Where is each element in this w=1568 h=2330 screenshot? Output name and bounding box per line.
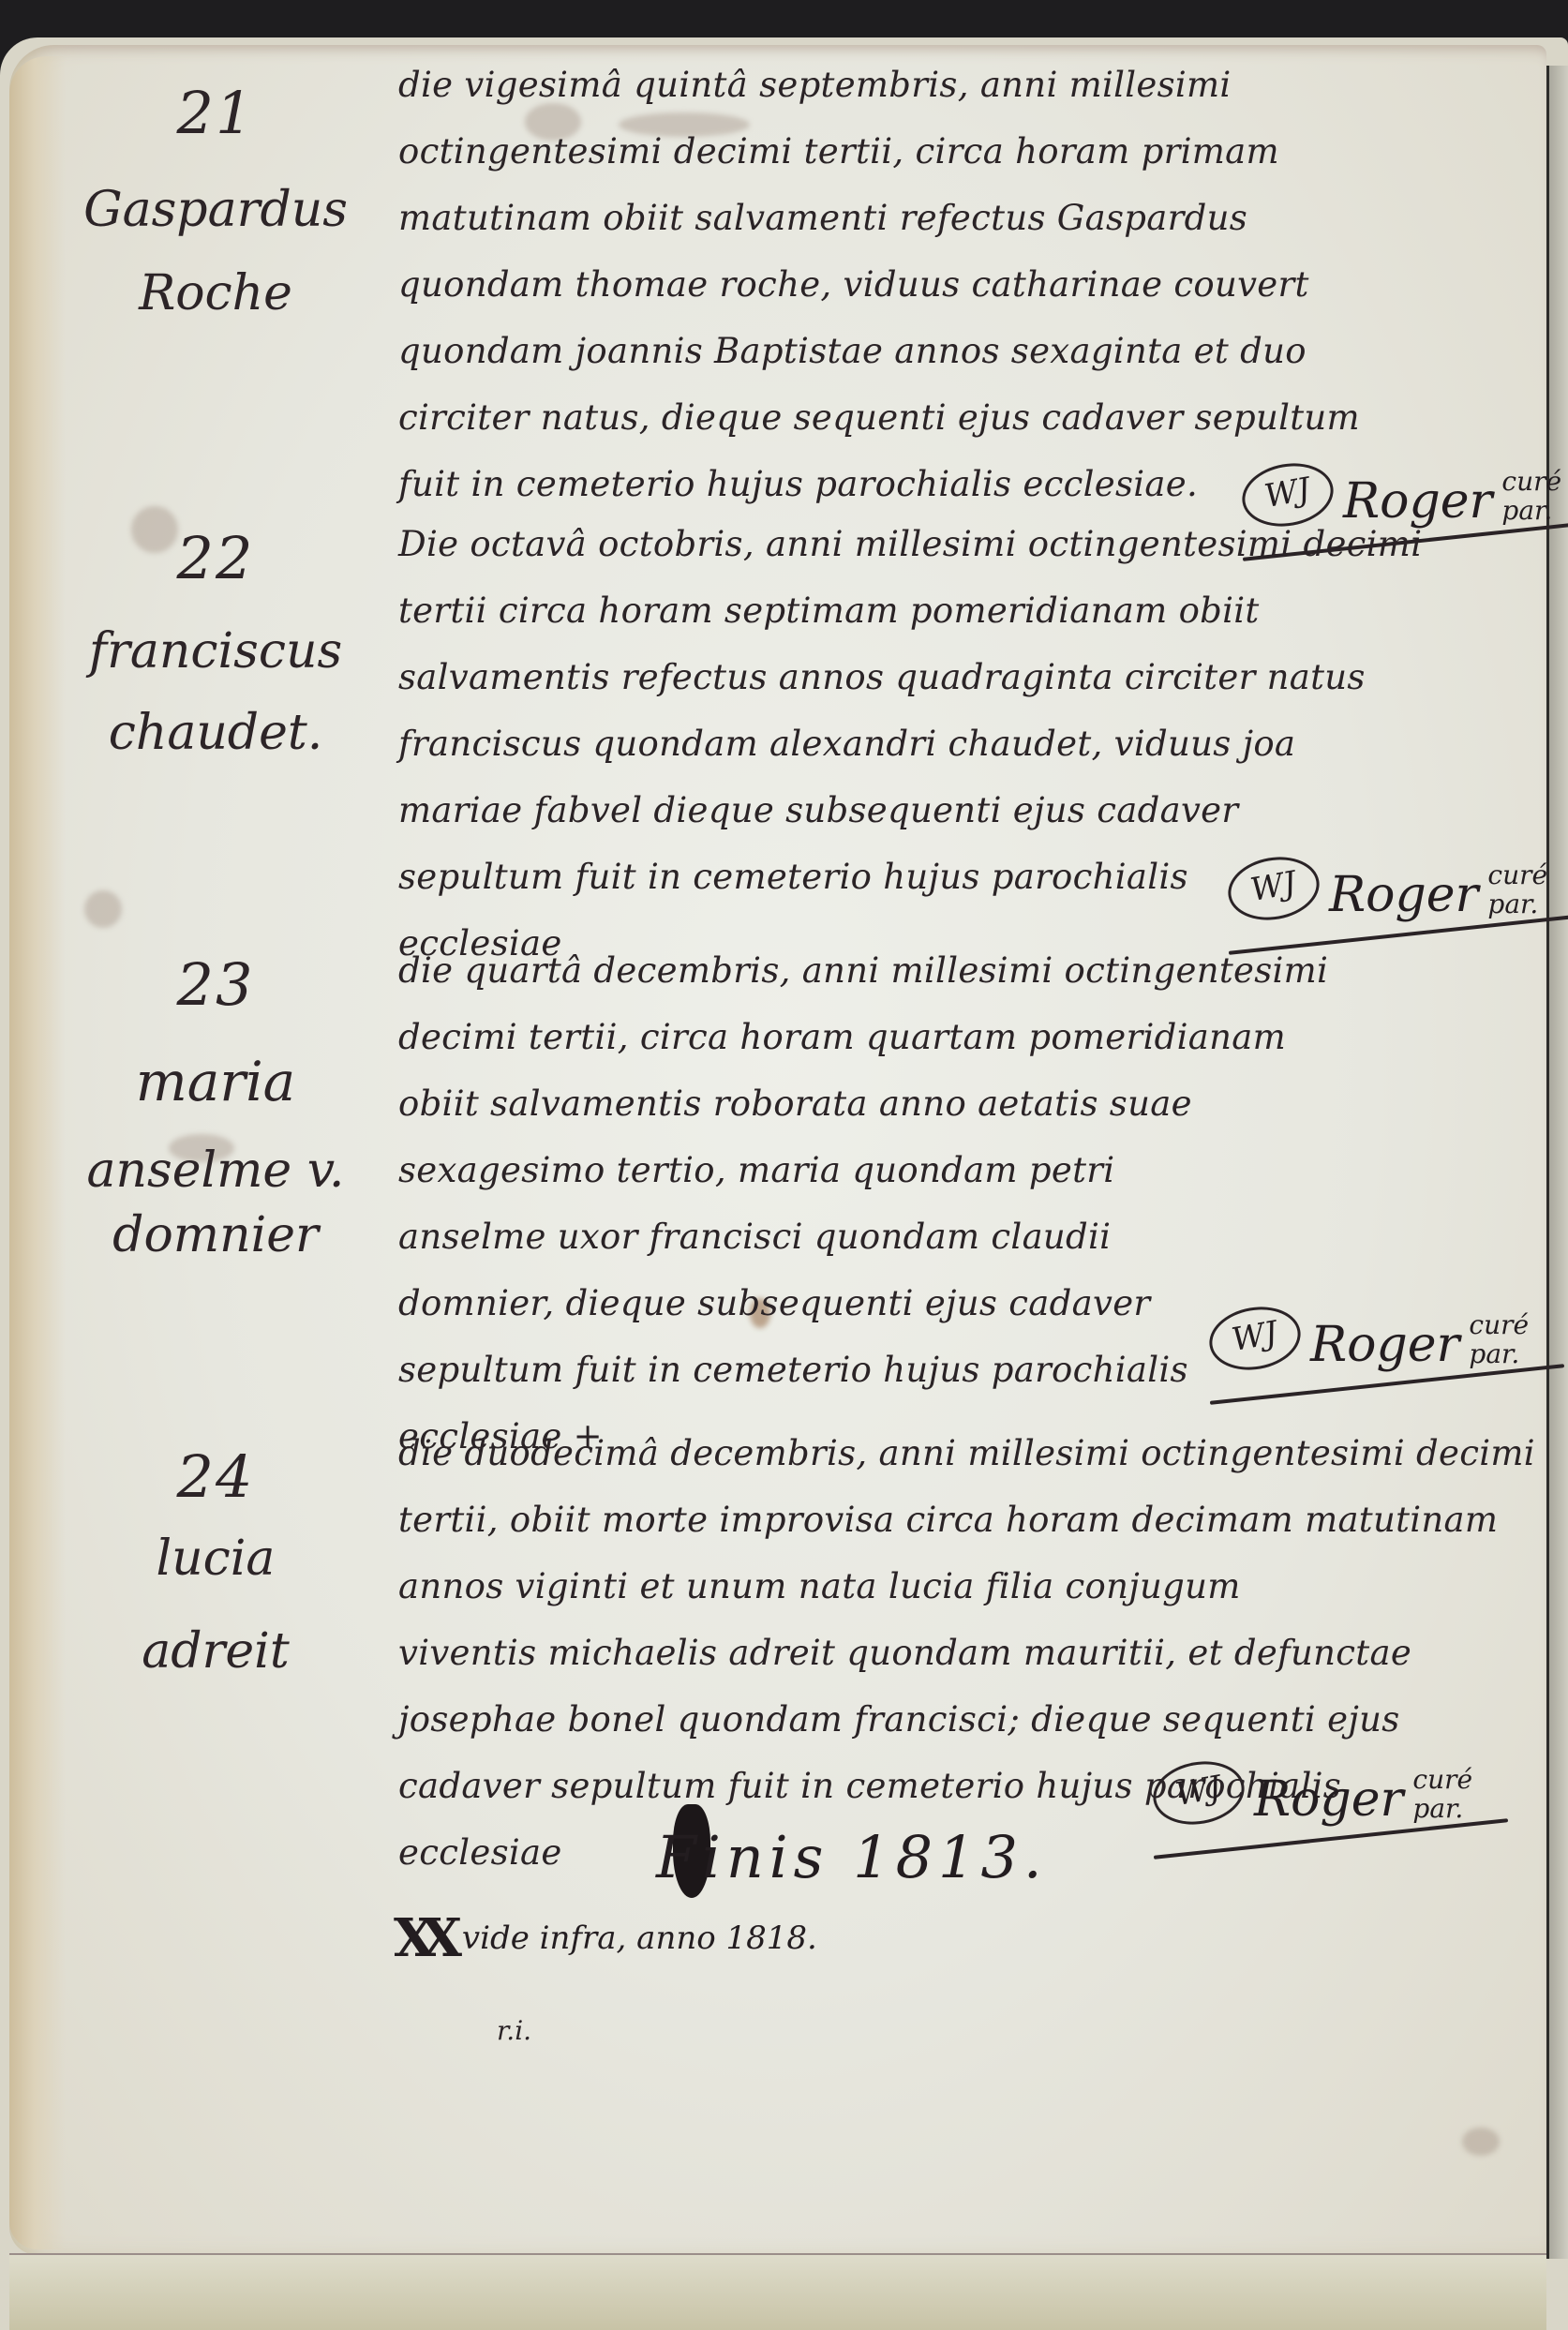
entry-line: tertii circa horam septimam pomeridianam… (398, 577, 1551, 644)
entry-number: 24 (52, 1448, 380, 1506)
cross-reference-note: XX vide infra, anno 1818. (394, 1907, 817, 1969)
deceased-given-name: franciscus (52, 621, 380, 682)
stain-mark (1462, 2128, 1500, 2156)
signature-title: curé par. (1469, 1311, 1529, 1369)
entry-line: anselme uxor francisci quondam claudii (398, 1203, 1551, 1270)
entry-line: octingentesimi decimi tertii, circa hora… (398, 118, 1551, 185)
entry-line: obiit salvamentis roborata anno aetatis … (398, 1070, 1551, 1137)
entry-margin: 21 Gaspardus Roche (52, 84, 380, 324)
priest-signature: WJ Roger curé par. (1209, 1307, 1529, 1369)
deceased-surname: anselme v. (52, 1141, 380, 1202)
entry-line: die vigesimâ quintâ septembris, anni mil… (398, 52, 1551, 118)
entry-line: circiter natus, dieque sequenti ejus cad… (398, 384, 1551, 451)
entry-line: die duodecimâ decembris, anni millesimi … (398, 1420, 1551, 1486)
signature-title: curé par. (1487, 861, 1547, 919)
entry-line: sexagesimo tertio, maria quondam petri (398, 1137, 1551, 1203)
entry-line: franciscus quondam alexandri chaudet, vi… (398, 710, 1551, 777)
deceased-given-name: lucia (52, 1529, 380, 1590)
entry-text: die quartâ decembris, anni millesimi oct… (398, 937, 1551, 1470)
deceased-spouse-surname: domnier (52, 1205, 380, 1266)
entry-line: salvamentis refectus annos quadraginta c… (398, 644, 1551, 710)
priest-signature: WJ Roger curé par. (1153, 1762, 1472, 1824)
signature-monogram: WJ (1148, 1755, 1249, 1831)
signature-title: curé par. (1412, 1766, 1472, 1824)
cross-reference-text: vide infra, anno 1818. (462, 1919, 817, 1957)
deceased-surname: adreit (52, 1621, 380, 1682)
entry-line: quondam thomae roche, viduus catharinae … (398, 251, 1551, 318)
cross-reference-mark-icon: XX (394, 1907, 449, 1969)
signature-name: Roger (1329, 871, 1478, 919)
signature-name: Roger (1254, 1775, 1403, 1824)
entry-line: matutinam obiit salvamenti refectus Gasp… (398, 185, 1551, 251)
entry-line: viventis michaelis adreit quondam maurit… (398, 1620, 1551, 1686)
signature-monogram: WJ (1223, 850, 1324, 927)
signature-name: Roger (1310, 1321, 1459, 1369)
deceased-surname: chaudet. (52, 703, 380, 764)
entry-line: decimi tertii, circa horam quartam pomer… (398, 1004, 1551, 1070)
entry-line: josephae bonel quondam francisci; dieque… (398, 1686, 1551, 1753)
entry-margin: 24 lucia adreit (52, 1448, 380, 1682)
page-bottom-edge (9, 2253, 1546, 2330)
entry-margin: 22 franciscus chaudet. (52, 530, 380, 764)
entry-margin: 23 maria anselme v. domnier (52, 956, 380, 1266)
entry-line: tertii, obiit morte improvisa circa hora… (398, 1486, 1551, 1553)
entry-line: mariae fabvel dieque subsequenti ejus ca… (398, 777, 1551, 844)
entry-text: die vigesimâ quintâ septembris, anni mil… (398, 52, 1551, 517)
stain-mark (84, 890, 122, 928)
entry-number: 22 (52, 530, 380, 588)
finis-year-mark: Finis 1813. (656, 1823, 1048, 1891)
entry-line: die quartâ decembris, anni millesimi oct… (398, 937, 1551, 1004)
entry-number: 23 (52, 956, 380, 1014)
footnote-initials: r.i. (497, 2015, 531, 2046)
entry-line: quondam joannis Baptistae annos sexagint… (398, 318, 1551, 384)
entry-number: 21 (52, 84, 380, 142)
deceased-given-name: Gaspardus (52, 180, 380, 241)
entry-line: annos viginti et unum nata lucia filia c… (398, 1553, 1551, 1620)
priest-signature: WJ Roger curé par. (1228, 858, 1547, 919)
deceased-surname: Roche (52, 263, 380, 324)
deceased-given-name: maria (52, 1048, 380, 1116)
entry-line: Die octavâ octobris, anni millesimi octi… (398, 511, 1551, 577)
signature-monogram: WJ (1204, 1300, 1306, 1377)
